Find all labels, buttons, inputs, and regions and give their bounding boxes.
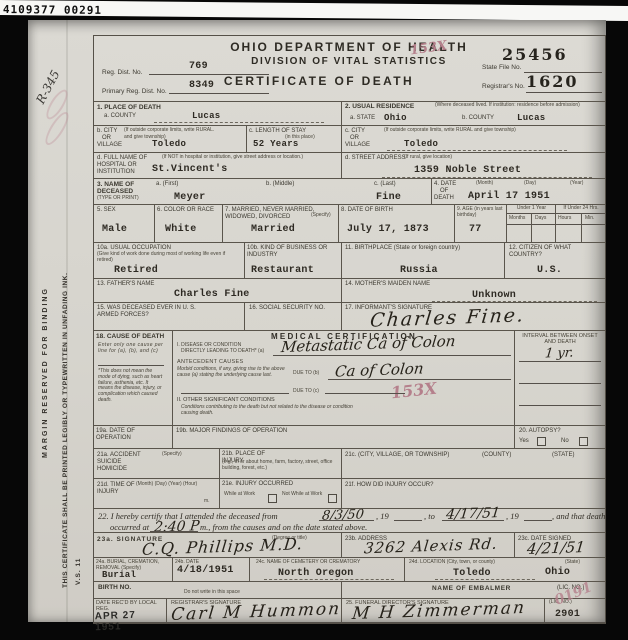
age-subdivider [531,213,532,242]
mother-value: Unknown [472,291,516,301]
row-informant: 15. WAS DECEASED EVER IN U. S. ARMED FOR… [94,302,605,330]
injury-occurred-label: 21e. INJURY OCCURRED [222,481,293,488]
birthplace-label: 11. BIRTHPLACE (State or foreign country… [345,245,460,252]
certify-text-4: m., from the causes and on the date stat… [200,523,367,532]
certificate-form: OHIO DEPARTMENT OF HEALTH DIVISION OF VI… [93,35,606,624]
res-city-value: Toledo [404,140,438,149]
pod-city-label-or: OR [102,135,111,142]
row-place-residence: 1. PLACE OF DEATH a. COUNTY Lucas 2. USU… [94,101,605,125]
res-city-label-village: VILLAGE [345,142,370,149]
antecedent-note: Morbid conditions, if any, giving rise t… [177,367,289,379]
residence-title: 2. USUAL RESIDENCE [345,103,414,110]
microfilm-strip: 4109377 00291 [0,0,628,21]
autopsy-yes-label: Yes [519,438,529,445]
form-header: OHIO DEPARTMENT OF HEALTH DIVISION OF VI… [94,36,605,101]
reg-dist-label: Reg. Dist. No. [102,69,142,76]
citizen-value: U.S. [537,266,562,276]
mother-label: 14. MOTHER'S MAIDEN NAME [345,281,430,288]
operation-date-label: 19a. DATE OF OPERATION [96,428,166,442]
row-parents: 13. FATHER'S NAME Charles Fine 14. MOTHE… [94,278,605,302]
primary-reg-dist-label: Primary Reg. Dist. No. [102,88,167,95]
row-occupation: 10a. USUAL OCCUPATION (Give kind of work… [94,242,605,278]
age-label: 9. AGE (in years last birthday) [457,207,503,219]
name-sub: (TYPE OR PRINT) [97,196,139,202]
sex-value: Male [102,225,127,235]
informant-signature: Charles Fine. [369,306,526,330]
due-c-label: DUE TO (c) [293,389,319,395]
registrar-number: 1620 [526,74,579,90]
margin-binding-note: MARGIN RESERVED FOR BINDING [42,287,49,458]
pod-city-label-village: VILLAGE [97,142,122,149]
disease-label-2: DIRECTLY LEADING TO DEATH* (a) [181,349,264,355]
business-value: Restaurant [251,266,314,276]
time-of-injury-label: 21d. TIME OF INJURY [97,482,137,496]
injury-county-label: (COUNTY) [482,452,511,459]
antecedent-label: ANTECEDENT CAUSES [177,359,243,365]
registrar-no-label: Registrar's No. [482,83,525,90]
director-lic-value: 2901 [555,610,580,620]
occupation-note: (Give kind of work done during most of w… [97,252,237,264]
not-while-at-work-checkbox [328,494,337,503]
certify-text-19a: , 19 [376,512,389,521]
dob-label: 8. DATE OF BIRTH [341,207,393,214]
dod-col-day: (Day) [524,181,536,187]
cause-of-death-title: 18. CAUSE OF DEATH [96,333,168,340]
other-conditions-label: II. OTHER SIGNIFICANT CONDITIONS [177,397,275,403]
margin-ink-note: THIS CERTIFICATE SHALL BE PRINTED LEGIBL… [62,273,69,589]
cemetery-label: 24c. NAME OF CEMETERY OR CREMATORY [256,560,360,566]
department-title: OHIO DEPARTMENT OF HEALTH [184,40,514,54]
dod-label1: 4. DATE [434,181,456,188]
min-label: Min. [585,216,594,222]
time-of-injury-m: m. [204,499,210,505]
place-of-death-title: 1. PLACE OF DEATH [97,104,161,111]
pod-county-label: a. COUNTY [104,113,136,120]
row-certify-statement: 22. I hereby certify that I attended the… [94,508,605,532]
accident-specify-note: (Specify) [162,452,182,458]
age-subdivider [581,213,582,242]
autopsy-yes-checkbox [537,437,546,446]
row-medical-certification: 18. CAUSE OF DEATH Enter only one cause … [94,330,605,425]
funeral-director-signature: M H Zimmerman [351,600,527,623]
birthplace-value: Russia [400,266,438,276]
hospital-label: d. FULL NAME OF HOSPITAL OR INSTITUTION [97,155,159,176]
father-value: Charles Fine [174,290,250,300]
certificate-paper: MARGIN RESERVED FOR BINDING THIS CERTIFI… [28,20,606,622]
state-file-number: 25456 [502,47,568,63]
dod-label2: OF [440,188,448,195]
pink-index-code-mid: 153X [390,381,437,402]
days-label: Days [535,216,546,222]
res-city-label-or: OR [350,135,359,142]
other-conditions-note: Conditions contributing to the death but… [181,405,361,417]
pod-city-value: Toledo [152,140,186,149]
row-operation-autopsy: 19a. DATE OF OPERATION 19b. MAJOR FINDIN… [94,425,605,448]
accident-label: 21a. ACCIDENT SUICIDE HOMICIDE [97,452,152,473]
res-city-note: (If outside corporate limits, write RURA… [384,128,594,134]
embalmer-label: NAME OF EMBALMER [432,585,511,592]
length-of-stay-value: 52 Years [253,140,299,149]
street-label: d. STREET ADDRESS [345,155,406,162]
operation-findings-label: 19b. MAJOR FINDINGS OF OPERATION [176,428,287,435]
certify-text-to: , to [424,512,435,521]
marital-label: 7. MARRIED, NEVER MARRIED, WIDOWED, DIVO… [225,207,320,221]
margin-form-number: V.S. 11 [75,558,82,585]
months-label: Months [509,216,525,222]
first-name-label: a. (First) [156,181,178,188]
cause-star-note: *This does not mean the mode of dying, s… [98,369,164,404]
certify-text-19b: , 19 [506,512,519,521]
age-value: 77 [469,225,482,235]
how-injury-label: 21f. HOW DID INJURY OCCUR? [345,482,433,489]
scanned-death-certificate: { "colors":{"paper":"#d7d5cf","ink":"#2d… [0,0,628,640]
street-note: (If rural, give location) [404,155,452,161]
interval-a-value: 1 yr. [544,346,574,360]
race-value: White [165,225,197,235]
date-received-stamp: APR 27 1951 [95,609,167,633]
division-title: DIVISION OF VITAL STATISTICS [184,56,514,67]
residence-title-note: (Where deceased lived. If institution: r… [435,103,600,109]
interval-label: INTERVAL BETWEEN ONSET AND DEATH [517,333,603,346]
citizen-label: 12. CITIZEN OF WHAT COUNTRY? [509,245,589,259]
primary-reg-dist-value: 8349 [189,81,214,91]
hospital-value: St.Vincent's [152,165,228,175]
certify-text-3: occurred at [110,523,149,532]
no-write-note: Do not write in this space [184,590,240,596]
autopsy-no-checkbox [579,437,588,446]
place-of-injury-note: (e.g., in or about home, farm, factory, … [222,460,337,472]
father-label: 13. FATHER'S NAME [97,281,154,288]
marital-note: (Specify) [311,213,331,219]
row-physician: 23a. SIGNATURE (Degree or title) C.Q. Ph… [94,532,605,557]
physician-signature: C.Q. Phillips M.D. [141,536,304,558]
dod-label3: DEATH [434,195,454,202]
burial-location-label: 24d. LOCATION (City, town, or county) [409,560,495,566]
cause-a-value: Metastatic Ca of Colon [280,334,456,355]
cause-enter-note: Enter only one cause per line for (a), (… [98,343,164,355]
autopsy-label: 20. AUTOPSY? [519,428,561,435]
hospital-note: (If NOT in hospital or institution, give… [162,155,337,161]
dod-col-year: (Year) [570,181,583,187]
burial-state-value: Ohio [545,568,570,578]
occupation-value: Retired [114,266,158,276]
res-county-label: b. COUNTY [462,115,494,122]
row-city: b. CITY OR VILLAGE (If outside corporate… [94,125,605,152]
injury-state-label: (STATE) [552,452,574,459]
time-of-injury-cols: (Month) (Day) (Year) (Hour) [136,482,216,488]
pod-city-label: b. CITY [97,128,117,135]
due-b-label: DUE TO (b) [293,371,319,377]
autopsy-no-label: No [561,438,569,445]
burial-type-value: Burial [102,571,136,580]
first-name-value: Meyer [174,193,206,203]
certify-text-2: , and that death [552,512,605,521]
burial-location-value: Toledo [453,569,491,579]
row-injury-2: 21d. TIME OF INJURY (Month) (Day) (Year)… [94,478,605,508]
reg-dist-value: 769 [189,62,208,72]
hours-label: Hours [558,216,571,222]
dob-value: July 17, 1873 [347,225,429,235]
res-state-label: a. STATE [350,115,375,122]
row-registrar: DATE REC'D BY LOCAL REG. APR 27 1951 REG… [94,598,605,623]
birth-no-label: BIRTH NO. [98,584,131,591]
date-signed-value: 4/21/51 [526,540,585,557]
dod-value: April 17 1951 [468,192,550,202]
burial-state-label: (State) [565,560,580,566]
marital-value: Married [251,225,295,235]
not-while-at-work-label: Not While at Work [282,492,324,498]
pod-city-note1: (If outside corporate limits, write RURA… [124,128,242,134]
res-state-value: Ohio [384,114,407,123]
sex-label: 5. SEX [97,207,116,214]
address-value: 3262 Alexis Rd. [363,537,498,557]
while-at-work-checkbox [268,494,277,503]
row-birthno-embalmer: BIRTH NO. Do not write in this space NAM… [94,581,605,598]
under-24h-label: If Under 24 Hrs. [556,206,606,212]
pod-county-value: Lucas [192,112,221,121]
last-name-value: Fine [376,193,401,203]
cause-b-value: Ca of Colon [334,361,424,379]
row-burial: 24a. BURIAL, CREMATION, REMOVAL (Specify… [94,557,605,581]
last-name-label: c. (Last) [374,181,396,188]
res-county-value: Lucas [517,114,546,123]
under-1-year-label: Under 1 Year [507,206,556,212]
armed-forces-label: 15. WAS DECEASED EVER IN U. S. ARMED FOR… [97,305,207,319]
middle-name-label: b. (Middle) [266,181,294,188]
business-label: 10b. KIND OF BUSINESS OR INDUSTRY [247,245,337,259]
ssn-label: 16. SOCIAL SECURITY NO. [249,305,325,312]
cemetery-value: North Oregon [278,569,354,579]
row-hospital-street: d. FULL NAME OF HOSPITAL OR INSTITUTION … [94,152,605,178]
row-vitals: 5. SEX Male 6. COLOR OR RACE White 7. MA… [94,204,605,242]
registrar-signature: Carl M Hummon [170,601,342,624]
pink-index-code: 153X [409,39,448,57]
state-file-label: State File No. [482,64,521,71]
injury-city-label: 21c. (CITY, VILLAGE, OR TOWNSHIP) [345,452,449,459]
microfilm-number: 4109377 00291 [0,3,102,17]
row-injury-1: 21a. ACCIDENT SUICIDE HOMICIDE (Specify)… [94,448,605,478]
burial-date-value: 4/18/1951 [177,566,234,576]
race-label: 6. COLOR OR RACE [157,207,214,214]
res-city-label: c. CITY [345,128,365,135]
row-name-dod: 3. NAME OF DECEASED (TYPE OR PRINT) a. (… [94,178,605,204]
while-at-work-label: While at Work [224,492,264,498]
street-value: 1359 Noble Street [414,166,521,176]
dod-col-month: (Month) [476,181,493,187]
